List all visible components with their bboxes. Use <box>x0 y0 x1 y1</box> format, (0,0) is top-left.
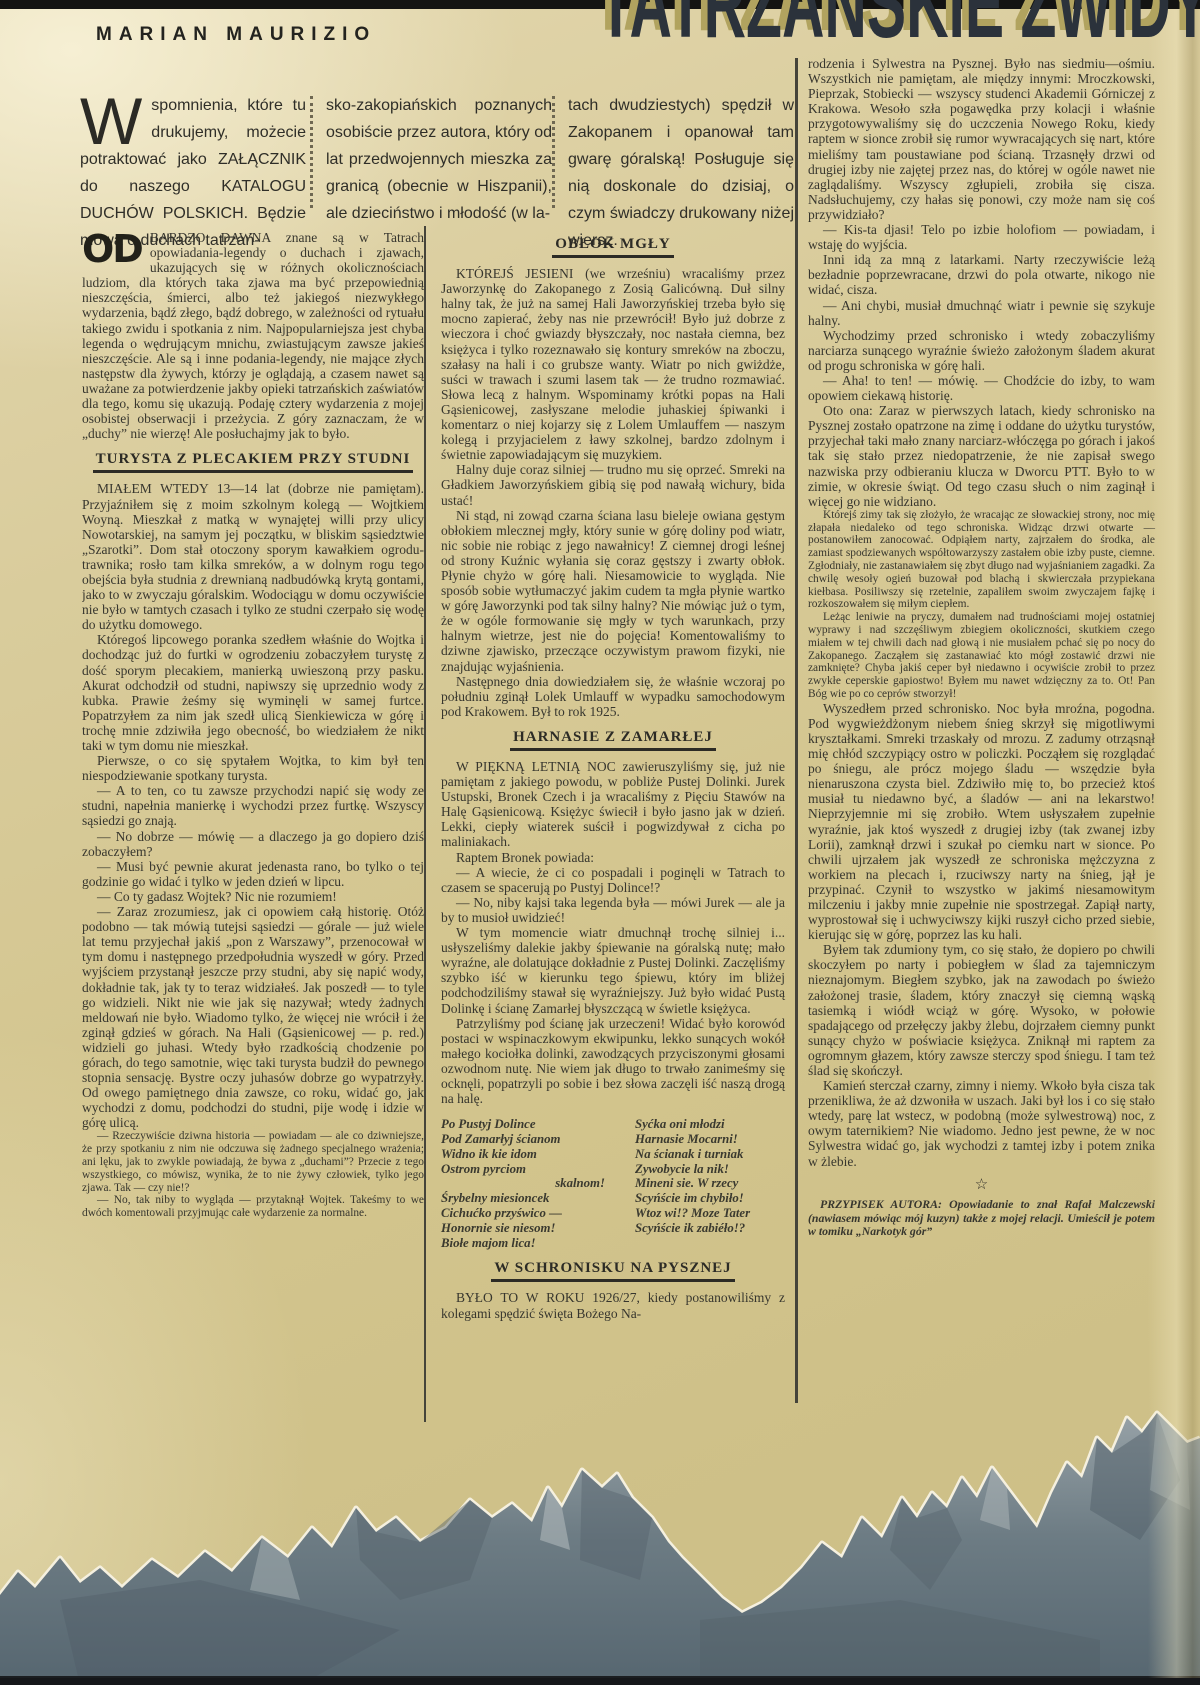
poem-line: skalnom! <box>441 1176 611 1191</box>
dropcap-w: W <box>80 96 142 146</box>
body-paragraph: — Aha! to ten! — mówię. — Chodźcie do iz… <box>808 373 1155 403</box>
poem-line: Syćka oni młodzi <box>635 1117 785 1132</box>
section-heading-oblok: OBŁOK MGŁY <box>441 237 785 258</box>
body-paragraph: — No, niby kajsi taka legenda była — mów… <box>441 895 785 925</box>
middle-column: OBŁOK MGŁY KTÓREJŚ JESIENI (we wrześniu)… <box>441 226 785 1488</box>
article-title: TATRZAŃSKIE ZWIDY <box>598 0 1200 52</box>
poem-right-column: Syćka oni młodziHarnasie Mocarni!Na ścia… <box>635 1117 785 1250</box>
body-paragraph: Raptem Bronek powiada: <box>441 850 785 865</box>
poem-line: Honornie sie niesom! <box>441 1221 611 1236</box>
poem-line: Scyńście ik zabiéło!? <box>635 1221 785 1236</box>
poem-line: Biołe majom lica! <box>441 1236 611 1251</box>
poem-line: Po Pustyj Dolince <box>441 1117 611 1132</box>
right-column: rodzenia i Sylwestra na Pysznej. Było na… <box>808 56 1155 1480</box>
body-paragraph: — A to ten, co tu zawsze przychodzi napi… <box>82 783 424 828</box>
poem-line: Harnasie Mocarni! <box>635 1132 785 1147</box>
poem-line: Cichućko przyświco — <box>441 1206 611 1221</box>
poem-line: Śrybelny miesioncek <box>441 1191 611 1206</box>
intro-column-2: sko-zakopiańskich poznanych osobiście pr… <box>326 92 552 227</box>
small-paragraph: Którejś zimy tak się złożyło, że wracają… <box>808 509 1155 611</box>
magazine-page: MARIAN MAURIZIO TATRZAŃSKIE ZWIDY Wspomn… <box>0 0 1200 1685</box>
column-divider-right <box>795 58 798 1403</box>
star-divider-icon: ☆ <box>808 1178 1155 1193</box>
body-paragraph: — Kis-ta djasi! Telo po izbie holofiom —… <box>808 222 1155 252</box>
body-paragraph: Patrzyliśmy pod ścianę jak urzeczeni! Wi… <box>441 1016 785 1107</box>
section-heading-harnasie: HARNASIE Z ZAMARŁEJ <box>441 730 785 751</box>
continuation-paragraph: rodzenia i Sylwestra na Pysznej. Było na… <box>808 56 1155 222</box>
poem-line: Ostrom pyrciom <box>441 1162 611 1177</box>
intro-divider-1 <box>310 96 313 208</box>
poem-line: Pod Zamarłyj ścianom <box>441 1132 611 1147</box>
small-paragraph: — Rzeczywiście dziwna historia — powiada… <box>82 1130 424 1194</box>
body-paragraph: KTÓREJŚ JESIENI (we wrześniu) wracaliśmy… <box>441 266 785 462</box>
body-paragraph: Wychodzimy przed schronisko i wtedy zoba… <box>808 328 1155 373</box>
poem-line: Mineni sie. W rzecy <box>635 1176 785 1191</box>
body-paragraph: — No dobrze — mówię — a dlaczego ja go d… <box>82 829 424 859</box>
bottom-border <box>0 1678 1200 1685</box>
body-paragraph: Oto ona: Zaraz w pierwszych latach, kied… <box>808 403 1155 509</box>
poem-line: Widno ik kie idom <box>441 1147 611 1162</box>
poem-line: Zywobycie la nik! <box>635 1162 785 1177</box>
author-footnote: PRZYPISEK AUTORA: Opowiadanie to znał Ra… <box>808 1198 1155 1239</box>
body-paragraph: — Co ty gadasz Wojtek? Nic nie rozumiem! <box>82 889 424 904</box>
small-paragraph: — No, tak niby to wygląda — przytaknął W… <box>82 1194 424 1220</box>
body-paragraph: — Musi być pewnie akurat jedenasta rano,… <box>82 859 424 889</box>
poem-line: Na ścianak i turniak <box>635 1147 785 1162</box>
body-paragraph: Kamień sterczał czarny, zimny i niemy. W… <box>808 1078 1155 1169</box>
left-column: ODBARDZO DAWNA znane są w Tatrach opowia… <box>82 230 424 1426</box>
body-paragraph: Byłem tak zdumiony tym, co się stało, że… <box>808 942 1155 1078</box>
goral-poem: Po Pustyj DolincePod Zamarłyj ścianomWid… <box>441 1117 785 1250</box>
body-paragraph: — Zaraz zrozumiesz, jak ci opowiem całą … <box>82 904 424 1130</box>
body-paragraph: Halny duje coraz silniej — trudno mu się… <box>441 462 785 507</box>
author-byline: MARIAN MAURIZIO <box>96 24 376 46</box>
body-paragraph: Pierwsze, o co się spytałem Wojtka, to k… <box>82 753 424 783</box>
dropcap-od: OD <box>82 233 142 266</box>
body-paragraph: BYŁO TO W ROKU 1926/27, kiedy postanowil… <box>441 1290 785 1320</box>
body-paragraph: Ni stąd, ni zowąd czarna ściana lasu bie… <box>441 508 785 674</box>
column-divider-left <box>424 226 426 1422</box>
poem-left-column: Po Pustyj DolincePod Zamarłyj ścianomWid… <box>441 1117 611 1250</box>
small-paragraph: Leżąc leniwie na pryczy, dumałem nad tru… <box>808 611 1155 701</box>
body-paragraph: W tym momencie wiatr dmuchnął trochę sil… <box>441 925 785 1016</box>
body-paragraph: Wyszedłem przed schronisko. Noc była mro… <box>808 701 1155 943</box>
body-paragraph: — Ani chybi, musiał dmuchnąć wiatr i pew… <box>808 298 1155 328</box>
poem-line: Scyńście im chybiło! <box>635 1191 785 1206</box>
body-paragraph: — A wiecie, że ci co pospadali i poginęl… <box>441 865 785 895</box>
section-heading-schronisko: W SCHRONISKU NA PYSZNEJ <box>441 1261 785 1282</box>
body-paragraph: Następnego dnia dowiedziałem się, że wła… <box>441 674 785 719</box>
poem-line: Wtoz wi!? Moze Tater <box>635 1206 785 1221</box>
lead-paragraph: ODBARDZO DAWNA znane są w Tatrach opowia… <box>82 230 424 441</box>
body-paragraph: Któregoś lipcowego poranka szedłem właśn… <box>82 632 424 753</box>
section-heading-turysta: TURYSTA Z PLECAKIEM PRZY STUDNI <box>82 452 424 473</box>
body-paragraph: W PIĘKNĄ LETNIĄ NOC zawieruszyliśmy się,… <box>441 759 785 850</box>
body-paragraph: MIAŁEM WTEDY 13—14 lat (dobrze nie pamię… <box>82 481 424 632</box>
body-paragraph: Inni idą za mną z latarkami. Narty rzecz… <box>808 252 1155 297</box>
intro-divider-2 <box>552 96 555 208</box>
